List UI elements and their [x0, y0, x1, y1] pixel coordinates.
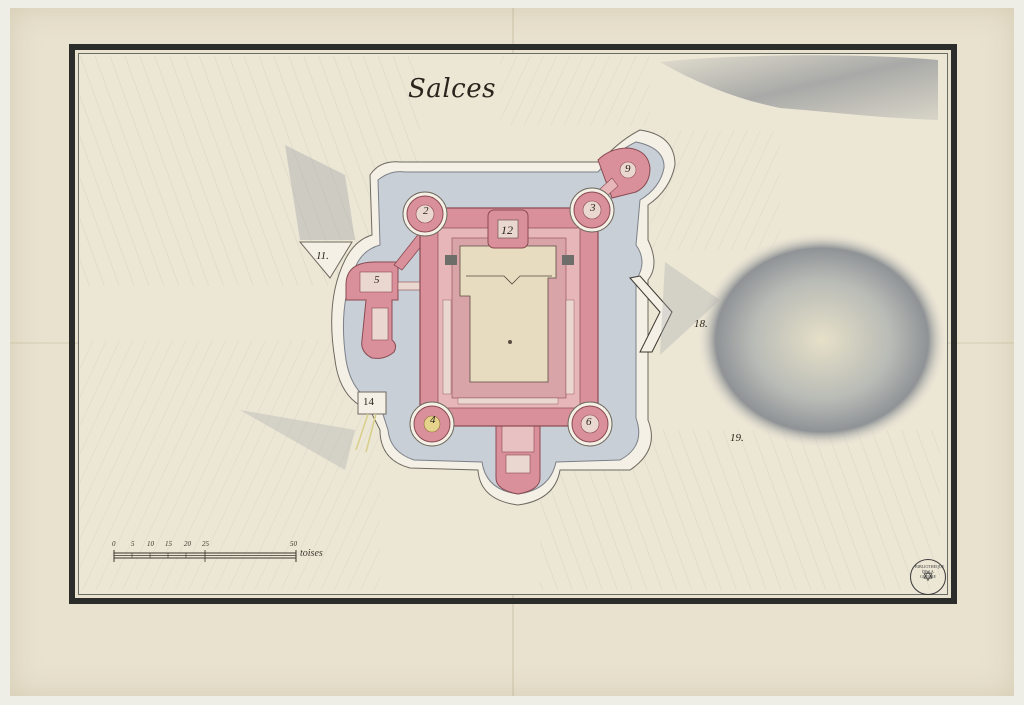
label-outwork-9: 9	[625, 163, 631, 175]
northern-hill-shading	[660, 55, 938, 120]
south-ravelin	[496, 420, 540, 494]
label-area-19: 19.	[730, 432, 744, 444]
scale-tick-15: 15	[165, 540, 172, 548]
label-tower-6: 6	[586, 416, 592, 428]
scale-tick-0: 0	[112, 540, 116, 548]
label-tower-4: 4	[430, 414, 436, 426]
label-tower-3: 3	[590, 202, 596, 214]
scale-tick-10: 10	[147, 540, 154, 548]
scale-tick-5: 5	[131, 540, 135, 548]
scale-unit-label: toises	[300, 548, 323, 559]
label-bastion-5: 5	[374, 274, 380, 286]
scale-tick-50: 50	[290, 540, 297, 548]
scale-tick-25: 25	[202, 540, 209, 548]
label-redoubt-11: 11.	[316, 250, 329, 262]
label-outwork-14: 14	[363, 396, 374, 408]
label-hill-18: 18.	[694, 318, 708, 330]
library-stamp: BIBLIOTHEQUE DE LA GUERRE ✡	[910, 559, 946, 595]
hill-18	[697, 232, 947, 448]
label-tower-2: 2	[423, 205, 429, 217]
scale-tick-20: 20	[184, 540, 191, 548]
map-title: Salces	[408, 74, 496, 104]
fortress-plan-drawing	[0, 0, 1024, 705]
label-keep-12: 12	[501, 223, 513, 238]
stamp-text: BIBLIOTHEQUE DE LA GUERRE	[915, 564, 941, 579]
